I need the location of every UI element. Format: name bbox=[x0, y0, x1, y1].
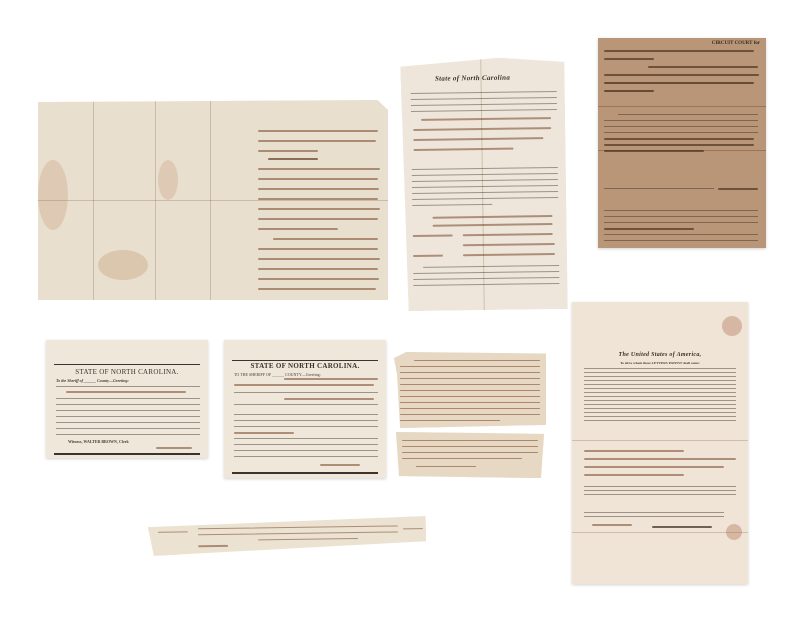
document-title: State of North Carolina bbox=[400, 73, 564, 84]
writ-title: STATE OF NORTH CAROLINA. bbox=[46, 368, 208, 376]
nc-writ-1: STATE OF NORTH CAROLINA. To the Sheriff … bbox=[46, 340, 208, 458]
nc-warrant-document: State of North Carolina bbox=[400, 57, 568, 311]
new-york-fragment-bottom bbox=[396, 432, 544, 478]
patent-subtitle: To all to whom these LETTERS PATENT shal… bbox=[572, 361, 748, 365]
land-patent: The United States of America, To all to … bbox=[572, 302, 748, 584]
writ-subtitle: To the Sheriff of ______ County—Greeting… bbox=[56, 378, 129, 383]
new-york-fragment-top bbox=[394, 352, 546, 428]
patent-title: The United States of America, bbox=[572, 352, 748, 358]
witness-line: Witness, WALTER BROWN, Clerk bbox=[68, 439, 129, 444]
writ-subtitle: TO THE SHERIFF OF ______ COUNTY—Greeting… bbox=[234, 372, 321, 377]
spanish-manuscript bbox=[38, 100, 388, 300]
manuscript-strip bbox=[148, 516, 426, 556]
court-heading: CIRCUIT COURT for bbox=[712, 41, 760, 46]
writ-title: STATE OF NORTH CAROLINA. bbox=[224, 362, 386, 370]
nc-writ-2: STATE OF NORTH CAROLINA. TO THE SHERIFF … bbox=[224, 340, 386, 478]
brown-court-document: CIRCUIT COURT for bbox=[598, 38, 766, 248]
